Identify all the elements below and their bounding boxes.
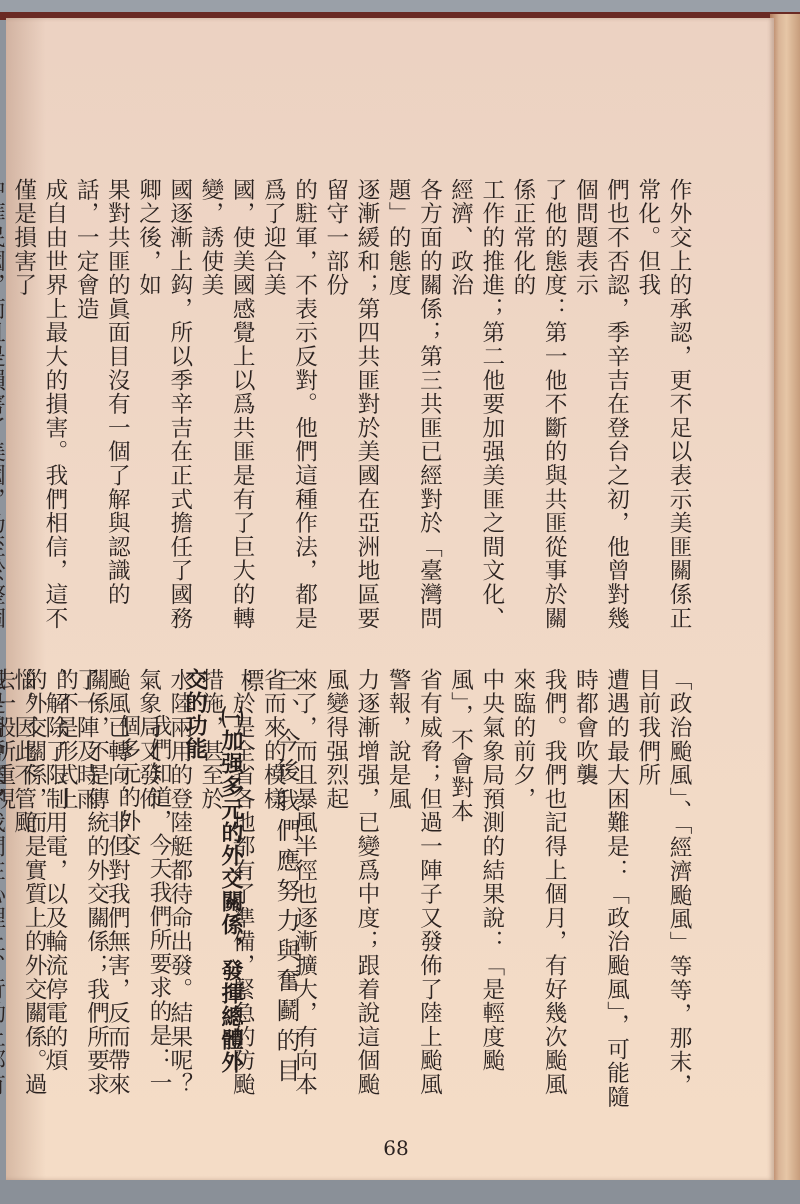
text-column: 省有威脅；但過一陣子又發佈了陸上颱風警報，說是風	[382, 668, 444, 1118]
text-column: 「政治颱風」、「經濟颱風」等等，那末，目前我們所	[632, 668, 694, 1118]
text-column: 了他的態度：第一他不斷的與共匪從事於關係正常化的	[507, 178, 569, 638]
text-column: 作外交上的承認，更不足以表示美匪關係正常化。但我	[632, 178, 694, 638]
book-page: 作外交上的承認，更不足以表示美匪關係正常化。但我 們也不否認，季辛吉在登台之初，…	[6, 18, 774, 1180]
body-text-bottom-left: 我們知道，今天我們所要求的是：一個多元的外交 關係，不是傳統的外交關係；我們所要…	[24, 668, 174, 1118]
text-column: 我們知道，今天我們所要求的是：一個多元的外交	[112, 668, 174, 1118]
body-text-bottom-right: 「政治颱風」、「經濟颱風」等等，那末，目前我們所 遭遇的最大困難是：「政治颱風」…	[444, 668, 694, 1118]
text-column: 的外交關係，而是實質上的外交關係。過去一般所重視	[0, 668, 49, 1118]
body-text-top: 作外交上的承認，更不足以表示美匪關係正常化。但我 們也不否認，季辛吉在登台之初，…	[54, 178, 694, 638]
text-column: 力逐漸增强，已變爲中度；跟着說這個颱風變得强烈起	[320, 668, 382, 1118]
text-column: 遭遇的最大困難是：「政治颱風」，可能隨時都會吹襲	[569, 668, 631, 1118]
subsection-heading-line-1: ㈠加强多元的外交關係，發揮總體外	[212, 668, 248, 1088]
photo-background-bottom	[0, 1180, 800, 1204]
text-column: 成自由世界上最大的損害。我們相信，這不僅是損害了	[8, 178, 70, 638]
text-column: 各方面的關係；第三共匪已經對於「臺灣問題」的態度	[382, 178, 444, 638]
text-column: 國，使美國感覺上以爲共匪是有了巨大的轉變，誘使美	[195, 178, 257, 638]
page-number: 68	[376, 1136, 416, 1160]
text-column: 工作的推進；第二他要加强美匪之間文化、經濟、政治	[444, 178, 506, 638]
text-column: 的駐軍，不表示反對。他們這種作法，都是爲了迎合美	[257, 178, 319, 638]
subsection-heading: ㈠加强多元的外交關係，發揮總體外 交的功能	[178, 668, 248, 1088]
text-column: 我們。我們也記得上個月，有好幾次颱風來臨的前夕，	[507, 668, 569, 1118]
text-column: 關係，不是傳統的外交關係；我們所要求的不是形式上	[49, 668, 111, 1118]
book-page-edges	[770, 14, 800, 1184]
text-column: 們也不否認，季辛吉在登台之初，他曾對幾個問題表示	[569, 178, 631, 638]
text-column: 中華民國，而且是損害了美國，乃至於整個的自由世界	[0, 178, 8, 638]
text-column: 國逐漸上鈎，所以季辛吉在正式擔任了國務卿之後，如	[132, 178, 194, 638]
text-column: 中央氣象局預測的結果說：「是輕度颱風」，不會對本	[444, 668, 506, 1118]
text-column: 果對共匪的眞面目沒有一個了解與認識的話，一定會造	[70, 178, 132, 638]
subsection-heading-line-2: 交的功能	[176, 668, 212, 1088]
text-column: 逐漸緩和；第四共匪對於美國在亞洲地區要留守一部份	[320, 178, 382, 638]
